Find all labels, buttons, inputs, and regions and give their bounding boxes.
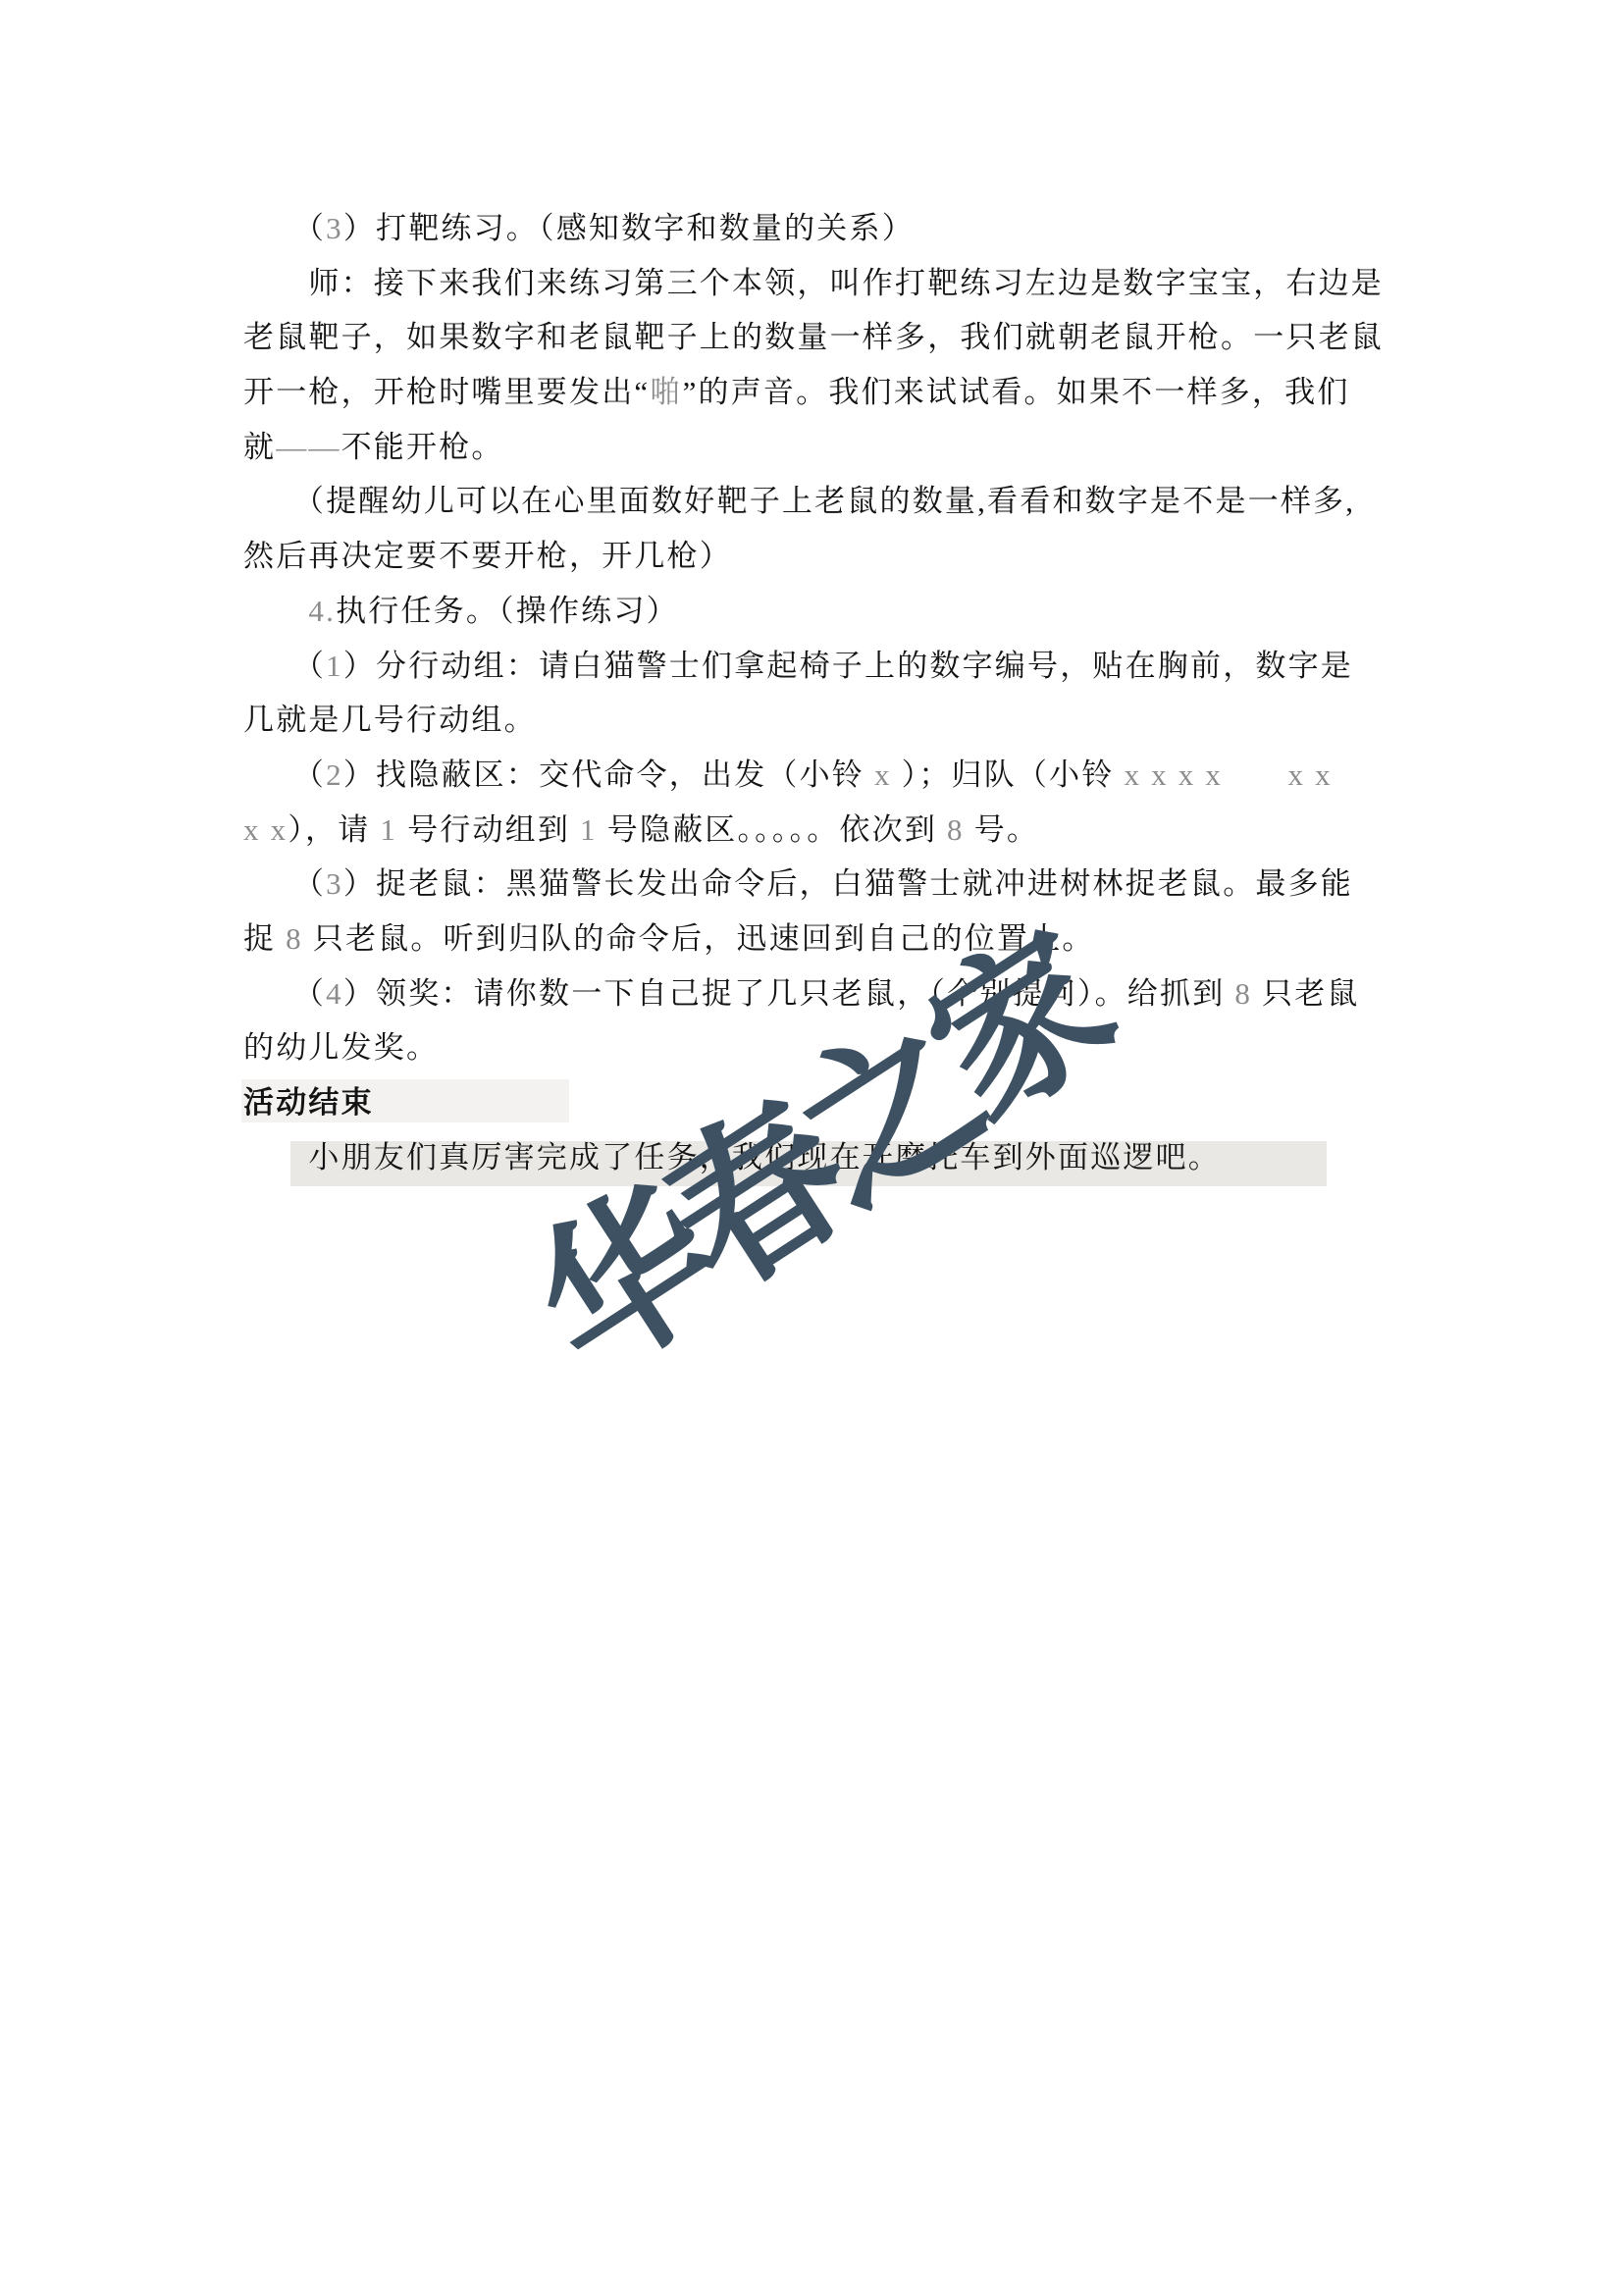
text-segment: 的幼儿发奖。 <box>243 1030 439 1065</box>
latin-text-segment: x <box>864 757 902 792</box>
text-segment: ”的声音。我们来试试看。如果不一样多，我们 <box>683 375 1350 409</box>
text-segment: ）；归队（小铃 <box>902 757 1115 792</box>
text-segment: 号。 <box>974 812 1039 847</box>
latin-text-segment: 8 <box>276 921 313 956</box>
text-segment: ），请 <box>288 812 370 847</box>
latin-text-segment: x x <box>243 812 288 847</box>
text-line: 几就是几号行动组。 <box>243 693 1396 748</box>
text-segment: 捉 <box>243 921 276 956</box>
text-line: （1）分行动组：请白猫警士们拿起椅子上的数字编号，贴在胸前，数字是 <box>243 639 1396 694</box>
text-segment <box>243 594 308 628</box>
text-line: （3）打靶练习。（感知数字和数量的关系） <box>243 201 1396 256</box>
text-segment: ）领奖：请你数一下自己捉了几只老鼠，（个别提问）。给抓到 <box>343 976 1226 1011</box>
text-segment: 活动结束 <box>243 1085 374 1120</box>
text-segment: （ <box>243 866 326 901</box>
latin-text-segment: x x x x x x <box>1115 757 1333 792</box>
text-line: 4.执行任务。（操作练习） <box>243 584 1396 639</box>
text-segment: 只老鼠 <box>1262 976 1360 1011</box>
text-segment: （ <box>243 976 326 1011</box>
latin-text-segment: 1 <box>370 812 407 847</box>
text-segment: （ <box>243 757 326 792</box>
text-segment: （ <box>243 649 326 683</box>
text-segment: 师：接下来我们来练习第三个本领，叫作打靶练习左边是数字宝宝，右边是 <box>243 266 1384 300</box>
text-segment: ）找隐蔽区：交代命令，出发（小铃 <box>343 757 864 792</box>
text-segment: 执行任务。（操作练习） <box>336 594 679 628</box>
page: { "page": { "width": 1654, "height": 234… <box>0 0 1623 2296</box>
text-line: 开一枪，开枪时嘴里要发出“啪”的声音。我们来试试看。如果不一样多，我们 <box>243 365 1396 420</box>
latin-text-segment: 8 <box>937 812 974 847</box>
text-segment: 号行动组到 <box>407 812 570 847</box>
text-line: 捉 8 只老鼠。听到归队的命令后，迅速回到自己的位置上。 <box>243 912 1396 966</box>
text-line: 就——不能开枪。 <box>243 420 1396 475</box>
text-line: x x），请 1 号行动组到 1 号隐蔽区。。。。。依次到 8 号。 <box>243 803 1396 858</box>
latin-text-segment: 8 <box>1225 976 1262 1011</box>
latin-text-segment: 4 <box>326 976 343 1011</box>
latin-text-segment: —— <box>276 430 340 464</box>
text-line: （提醒幼儿可以在心里面数好靶子上老鼠的数量,看看和数字是不是一样多, <box>243 474 1396 529</box>
text-line: 然后再决定要不要开枪，开几枪） <box>243 529 1396 584</box>
text-segment: 老鼠靶子，如果数字和老鼠靶子上的数量一样多，我们就朝老鼠开枪。一只老鼠 <box>243 320 1384 354</box>
text-segment: （提醒幼儿可以在心里面数好靶子上老鼠的数量,看看和数字是不是一样多, <box>243 484 1355 518</box>
text-segment: 号隐蔽区。。。。。依次到 <box>607 812 937 847</box>
text-line: （3）捉老鼠：黑猫警长发出命令后，白猫警士就冲进树林捉老鼠。最多能 <box>243 857 1396 912</box>
text-line: 师：接下来我们来练习第三个本领，叫作打靶练习左边是数字宝宝，右边是 <box>243 256 1396 311</box>
text-segment: ）捉老鼠：黑猫警长发出命令后，白猫警士就冲进树林捉老鼠。最多能 <box>343 866 1353 901</box>
text-segment: （ <box>243 211 326 245</box>
text-segment: ）打靶练习。（感知数字和数量的关系） <box>343 211 915 245</box>
latin-text-segment: 啪 <box>650 375 682 409</box>
text-segment: 然后再决定要不要开枪，开几枪） <box>243 539 732 573</box>
latin-text-segment: 1 <box>326 649 343 683</box>
latin-text-segment: 2 <box>326 757 343 792</box>
text-line: （2）找隐蔽区：交代命令，出发（小铃 x ）；归队（小铃 x x x x x x <box>243 748 1396 803</box>
latin-text-segment: 4. <box>308 594 336 628</box>
latin-text-segment: 3 <box>326 211 343 245</box>
text-segment: 就 <box>243 430 276 464</box>
latin-text-segment: 3 <box>326 866 343 901</box>
text-segment: 不能开枪。 <box>341 430 504 464</box>
text-segment: 开一枪，开枪时嘴里要发出“ <box>243 375 650 409</box>
latin-text-segment: 1 <box>570 812 607 847</box>
text-segment: 几就是几号行动组。 <box>243 703 537 737</box>
text-segment: ）分行动组：请白猫警士们拿起椅子上的数字编号，贴在胸前，数字是 <box>343 649 1353 683</box>
text-line: 老鼠靶子，如果数字和老鼠靶子上的数量一样多，我们就朝老鼠开枪。一只老鼠 <box>243 310 1396 365</box>
